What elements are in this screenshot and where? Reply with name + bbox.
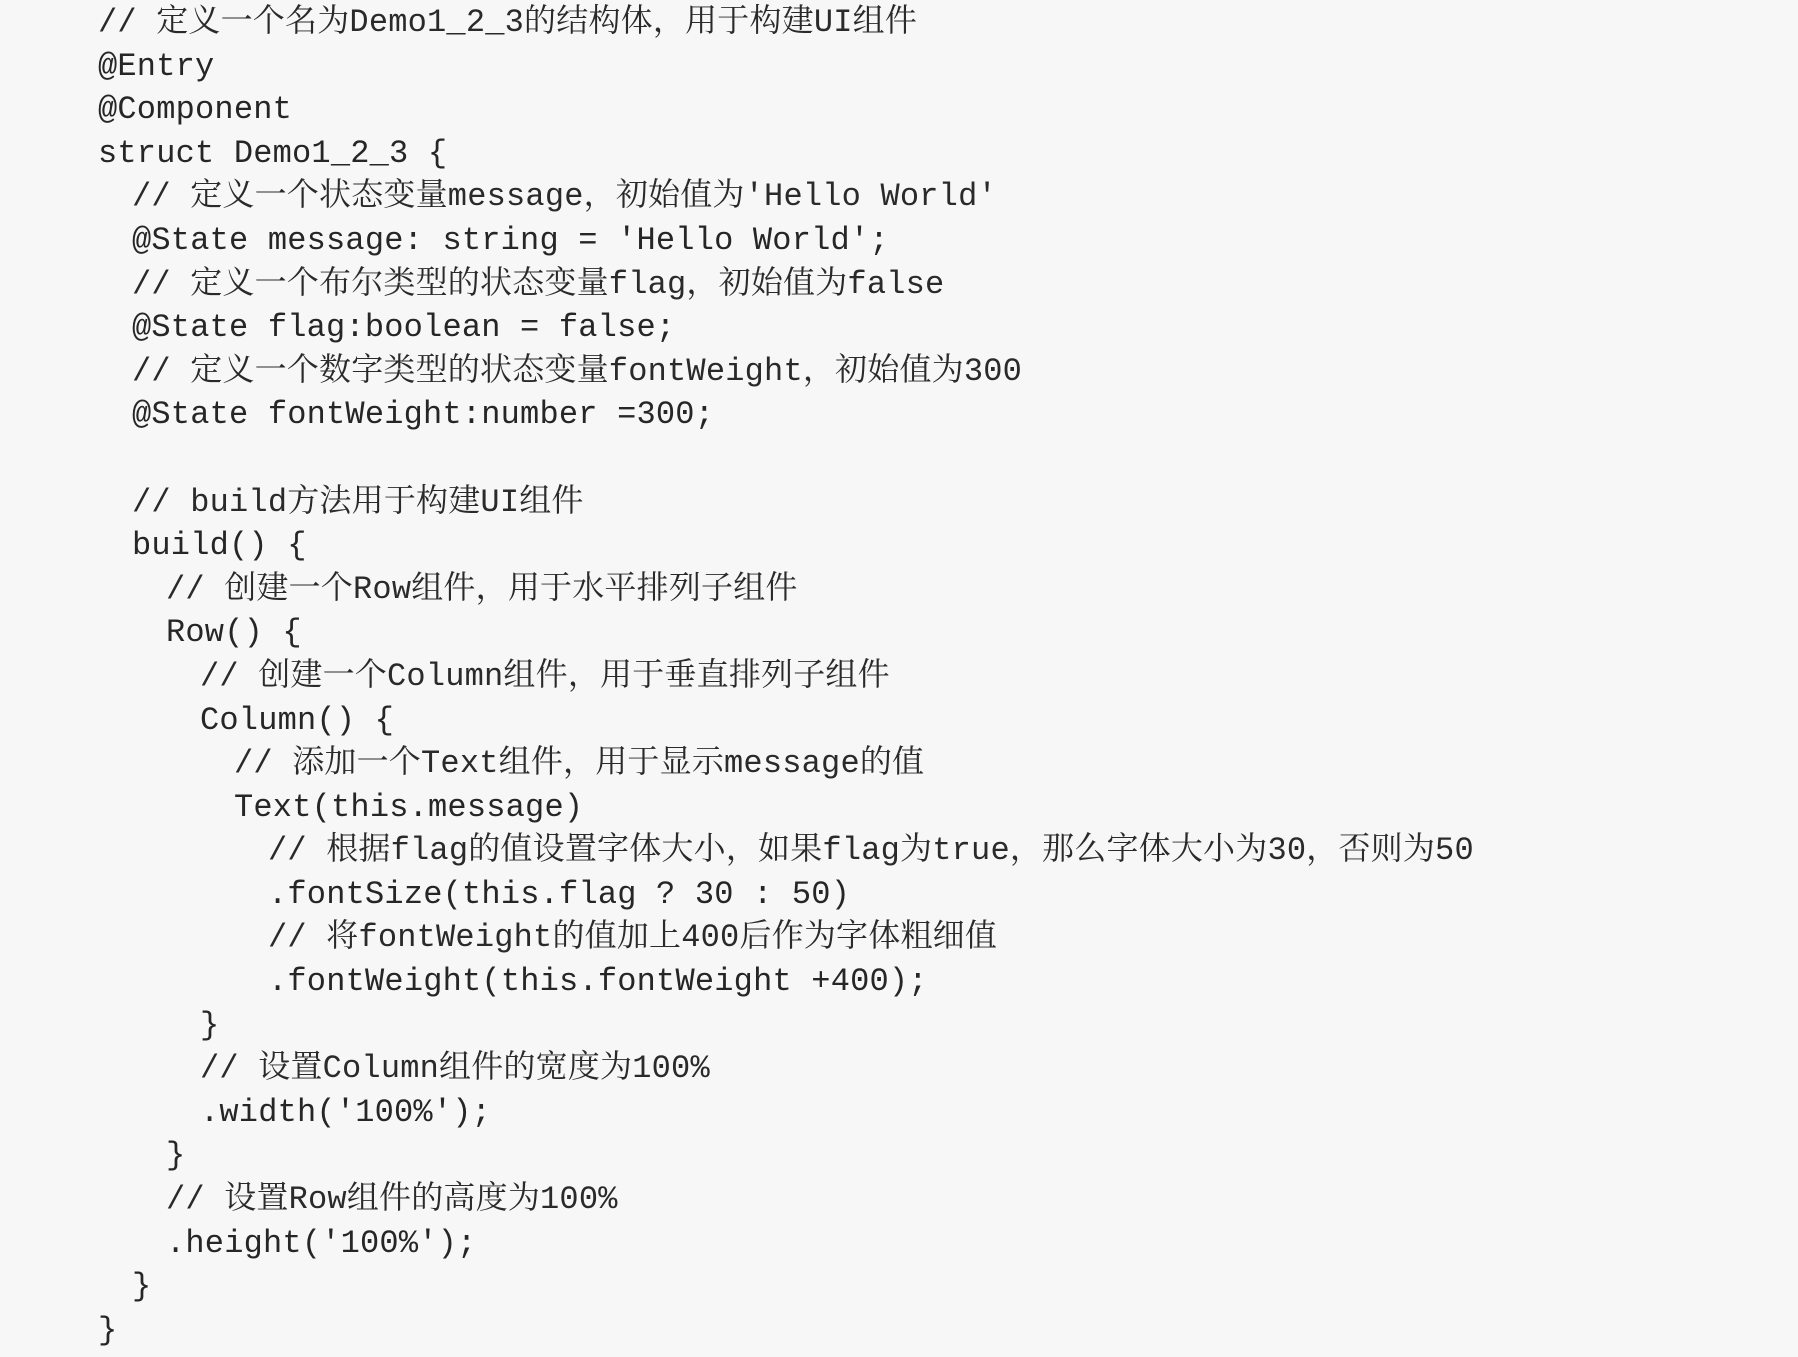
code-line-build-method: build() { bbox=[98, 524, 1474, 568]
code-line-row-close: } bbox=[98, 1134, 1474, 1178]
code-line-component-decorator: @Component bbox=[98, 88, 1474, 132]
code-line-height: .height('100%'); bbox=[98, 1222, 1474, 1266]
code-line-struct-close: } bbox=[98, 1309, 1474, 1353]
code-line-comment: // 定义一个布尔类型的状态变量flag，初始值为false bbox=[98, 263, 1474, 307]
code-line-blank bbox=[98, 437, 1474, 481]
code-line-comment: // 定义一个状态变量message，初始值为'Hello World' bbox=[98, 175, 1474, 219]
code-line-comment: // 设置Column组件的宽度为100% bbox=[98, 1047, 1474, 1091]
code-line-comment: // build方法用于构建UI组件 bbox=[98, 481, 1474, 525]
code-line-struct-declaration: struct Demo1_2_3 { bbox=[98, 132, 1474, 176]
code-line-comment: // 创建一个Row组件，用于水平排列子组件 bbox=[98, 568, 1474, 612]
code-line-entry-decorator: @Entry bbox=[98, 45, 1474, 89]
code-line-fontweight: .fontWeight(this.fontWeight +400); bbox=[98, 960, 1474, 1004]
code-line-comment: // 定义一个数字类型的状态变量fontWeight，初始值为300 bbox=[98, 350, 1474, 394]
code-line-comment: // 定义一个名为Demo1_2_3的结构体，用于构建UI组件 bbox=[98, 1, 1474, 45]
code-line-state-fontweight: @State fontWeight:number =300; bbox=[98, 393, 1474, 437]
code-line-column-close: } bbox=[98, 1004, 1474, 1048]
code-listing: // 定义一个名为Demo1_2_3的结构体，用于构建UI组件 @Entry @… bbox=[98, 1, 1474, 1352]
code-line-build-close: } bbox=[98, 1265, 1474, 1309]
code-line-fontsize: .fontSize(this.flag ? 30 : 50) bbox=[98, 873, 1474, 917]
code-line-comment: // 根据flag的值设置字体大小，如果flag为true，那么字体大小为30，… bbox=[98, 829, 1474, 873]
code-line-column-open: Column() { bbox=[98, 699, 1474, 743]
code-line-width: .width('100%'); bbox=[98, 1091, 1474, 1135]
code-line-state-message: @State message: string = 'Hello World'; bbox=[98, 219, 1474, 263]
code-line-comment: // 创建一个Column组件，用于垂直排列子组件 bbox=[98, 655, 1474, 699]
code-line-comment: // 添加一个Text组件，用于显示message的值 bbox=[98, 742, 1474, 786]
code-line-state-flag: @State flag:boolean = false; bbox=[98, 306, 1474, 350]
code-line-comment: // 将fontWeight的值加上400后作为字体粗细值 bbox=[98, 916, 1474, 960]
code-line-text-component: Text(this.message) bbox=[98, 786, 1474, 830]
code-line-row-open: Row() { bbox=[98, 611, 1474, 655]
code-line-comment: // 设置Row组件的高度为100% bbox=[98, 1178, 1474, 1222]
